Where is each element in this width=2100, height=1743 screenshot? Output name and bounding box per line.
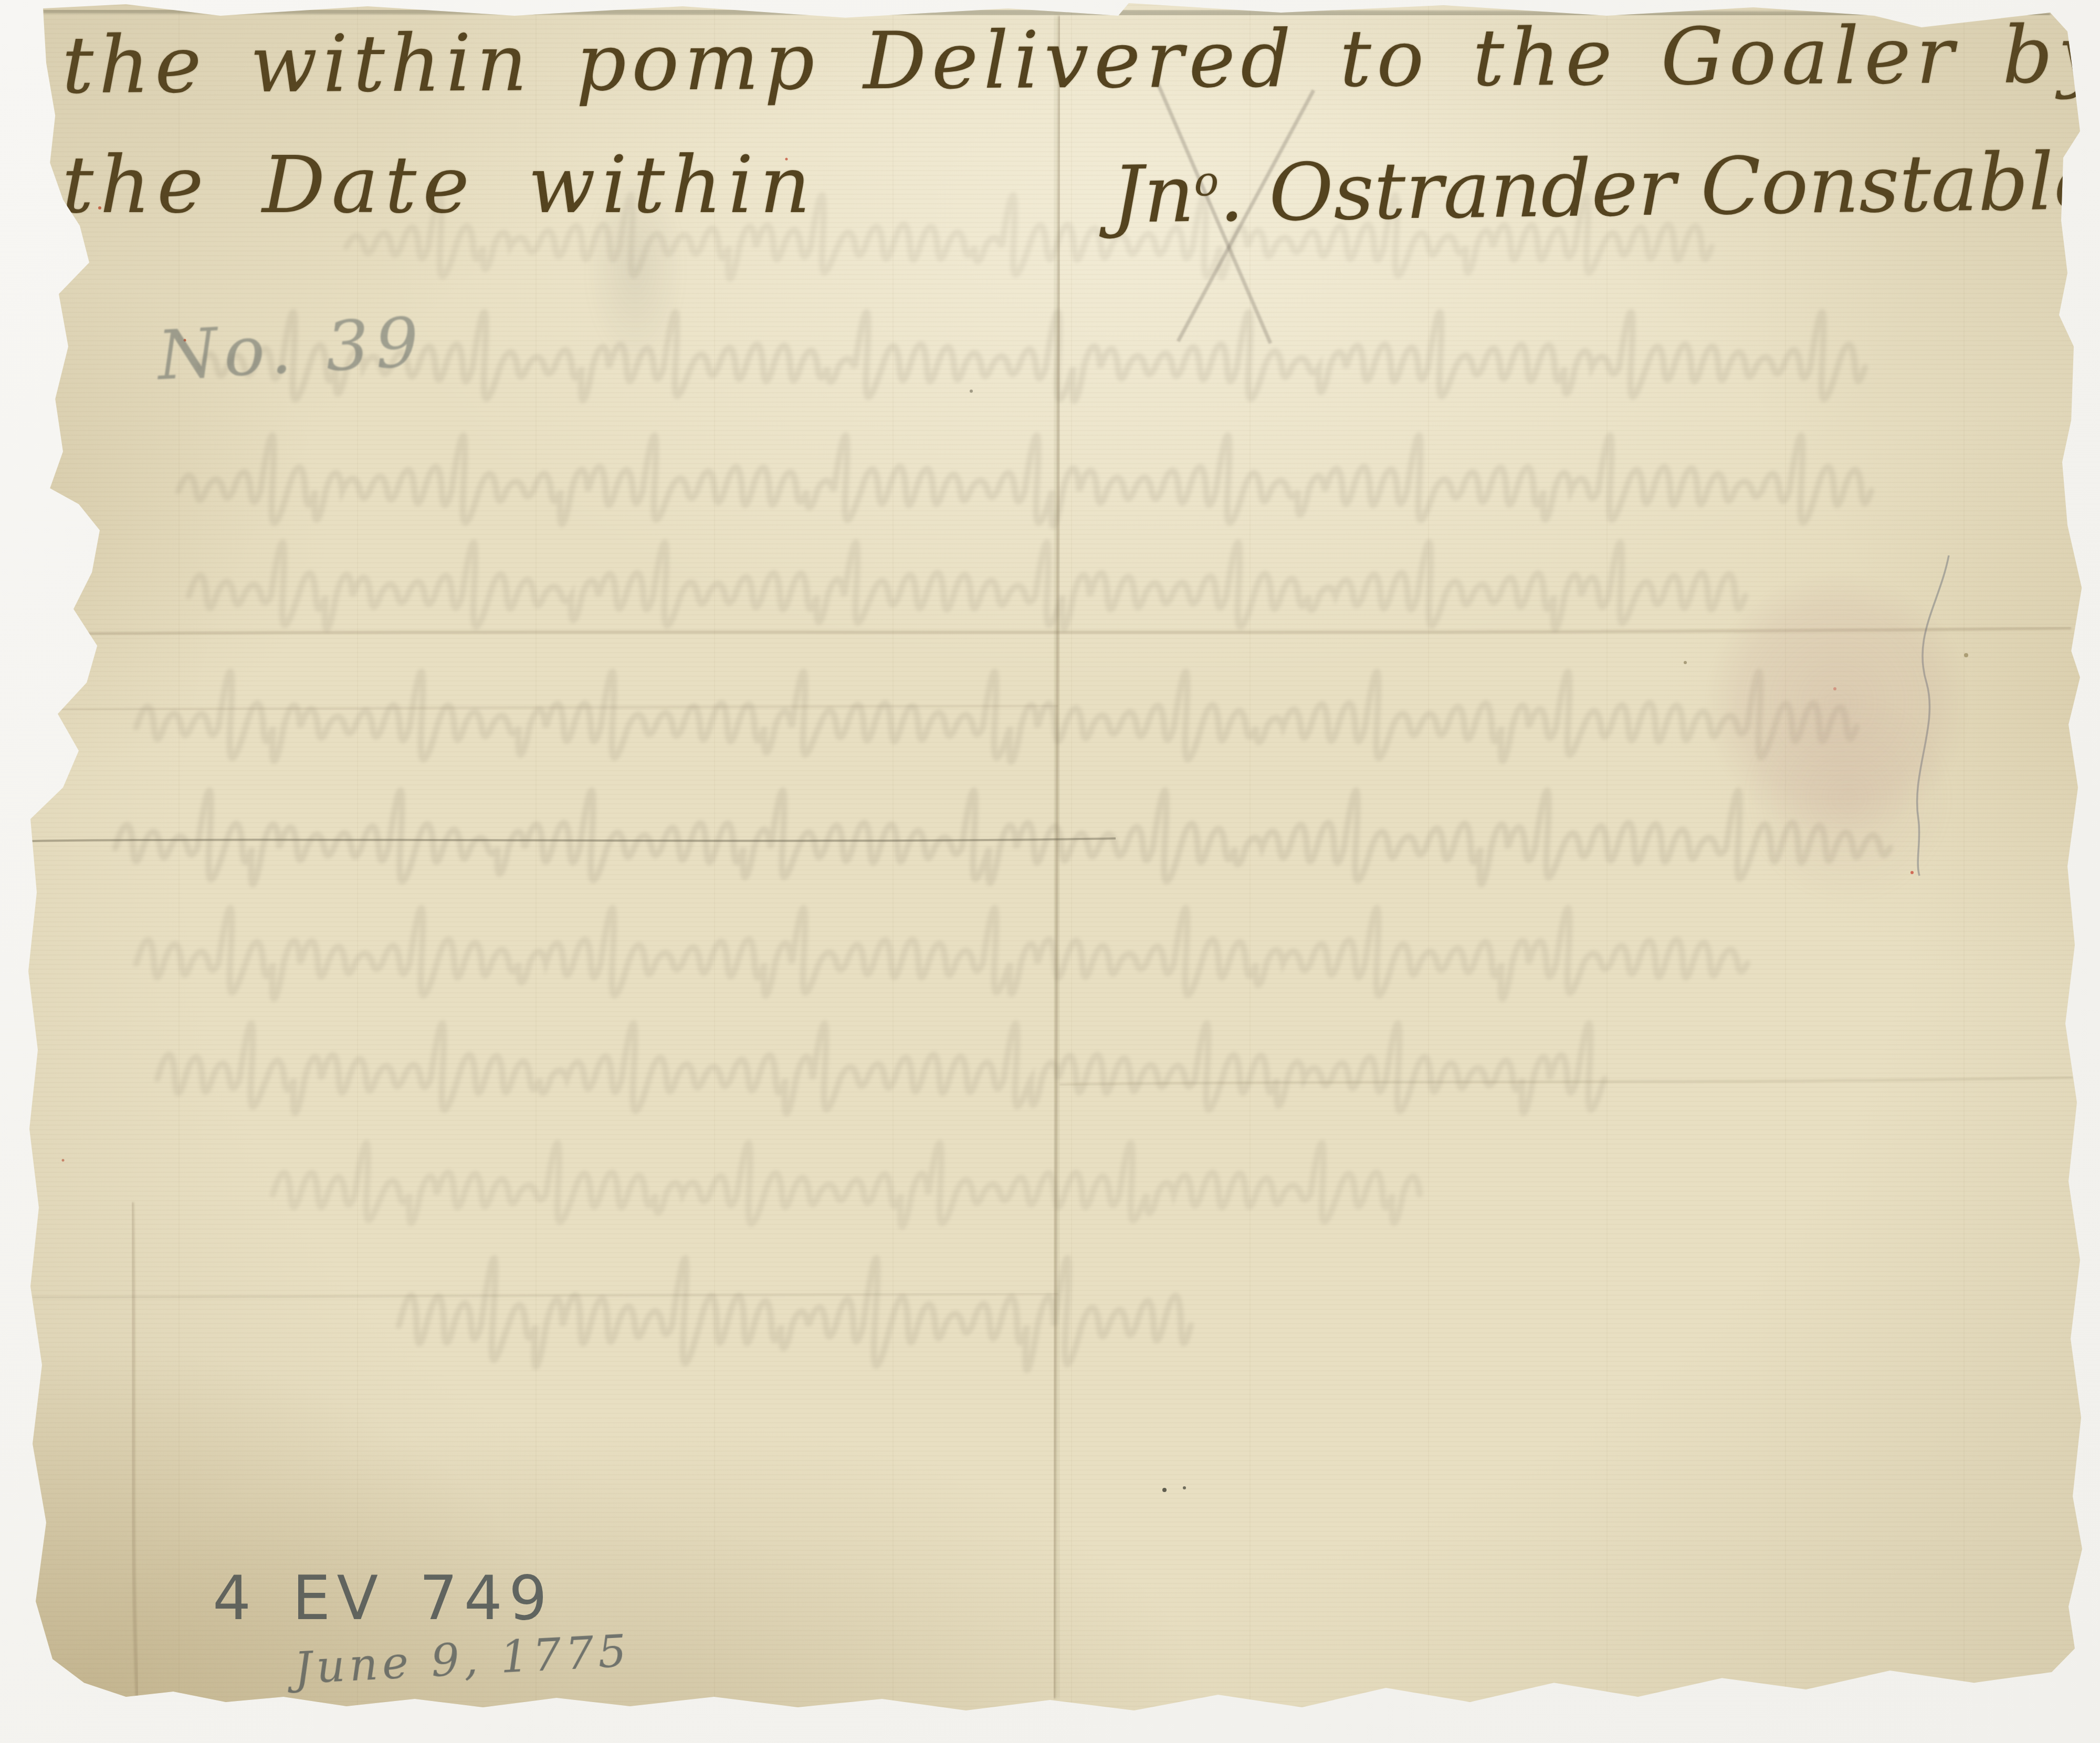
bleed-through-line: [133, 908, 1753, 999]
paper-speckle: [1684, 661, 1687, 664]
signature-prefix: Jn: [1111, 149, 1195, 241]
bleed-through-line: [270, 1143, 1425, 1227]
scanner-background: { "document": { "line1": "the within pom…: [0, 0, 2100, 1743]
paper-speckle: [1183, 1486, 1186, 1489]
signature-superscript: o: [1194, 158, 1219, 206]
paper-speckle: [1910, 871, 1914, 874]
horizontal-crease-left: [33, 706, 1058, 710]
horizontal-crease-dark: [31, 838, 1116, 841]
manuscript-paper: the within pomp Delivered to the Goaler …: [0, 0, 2100, 1743]
bleed-through-line: [185, 542, 1750, 629]
archival-catalog-number: 4 EV 749: [213, 1563, 553, 1634]
left-vertical-crease: [132, 1202, 138, 1704]
constable-signature: Jno. Ostrander Constable: [1111, 136, 2100, 241]
paper-speckle: [970, 390, 973, 393]
bleed-through-line: [196, 312, 1871, 401]
paper-crack-line: [1917, 555, 1949, 876]
paper-speckle: [1964, 653, 1968, 657]
bleed-through-line: [112, 790, 1896, 884]
bleed-through-line: [133, 671, 1862, 762]
paper-speckle: [62, 1159, 65, 1162]
inscription-line-2: the Date within: [62, 140, 817, 231]
bleed-through-line: [154, 1023, 1610, 1114]
paper-artifacts-layer: [0, 0, 2100, 1743]
inscription-line-1: the within pomp Delivered to the Goaler …: [62, 9, 2100, 111]
vertical-fold-shadow: [1054, 16, 1059, 1698]
pencil-docket-number: No. 39: [155, 302, 427, 395]
paper-speckle: [1162, 1488, 1167, 1492]
bleed-through-line: [175, 435, 1877, 526]
bleed-through-line: [394, 1258, 1198, 1370]
paper-speckle: [1833, 687, 1836, 690]
signature-rest: . Ostrander Constable: [1219, 136, 2100, 239]
